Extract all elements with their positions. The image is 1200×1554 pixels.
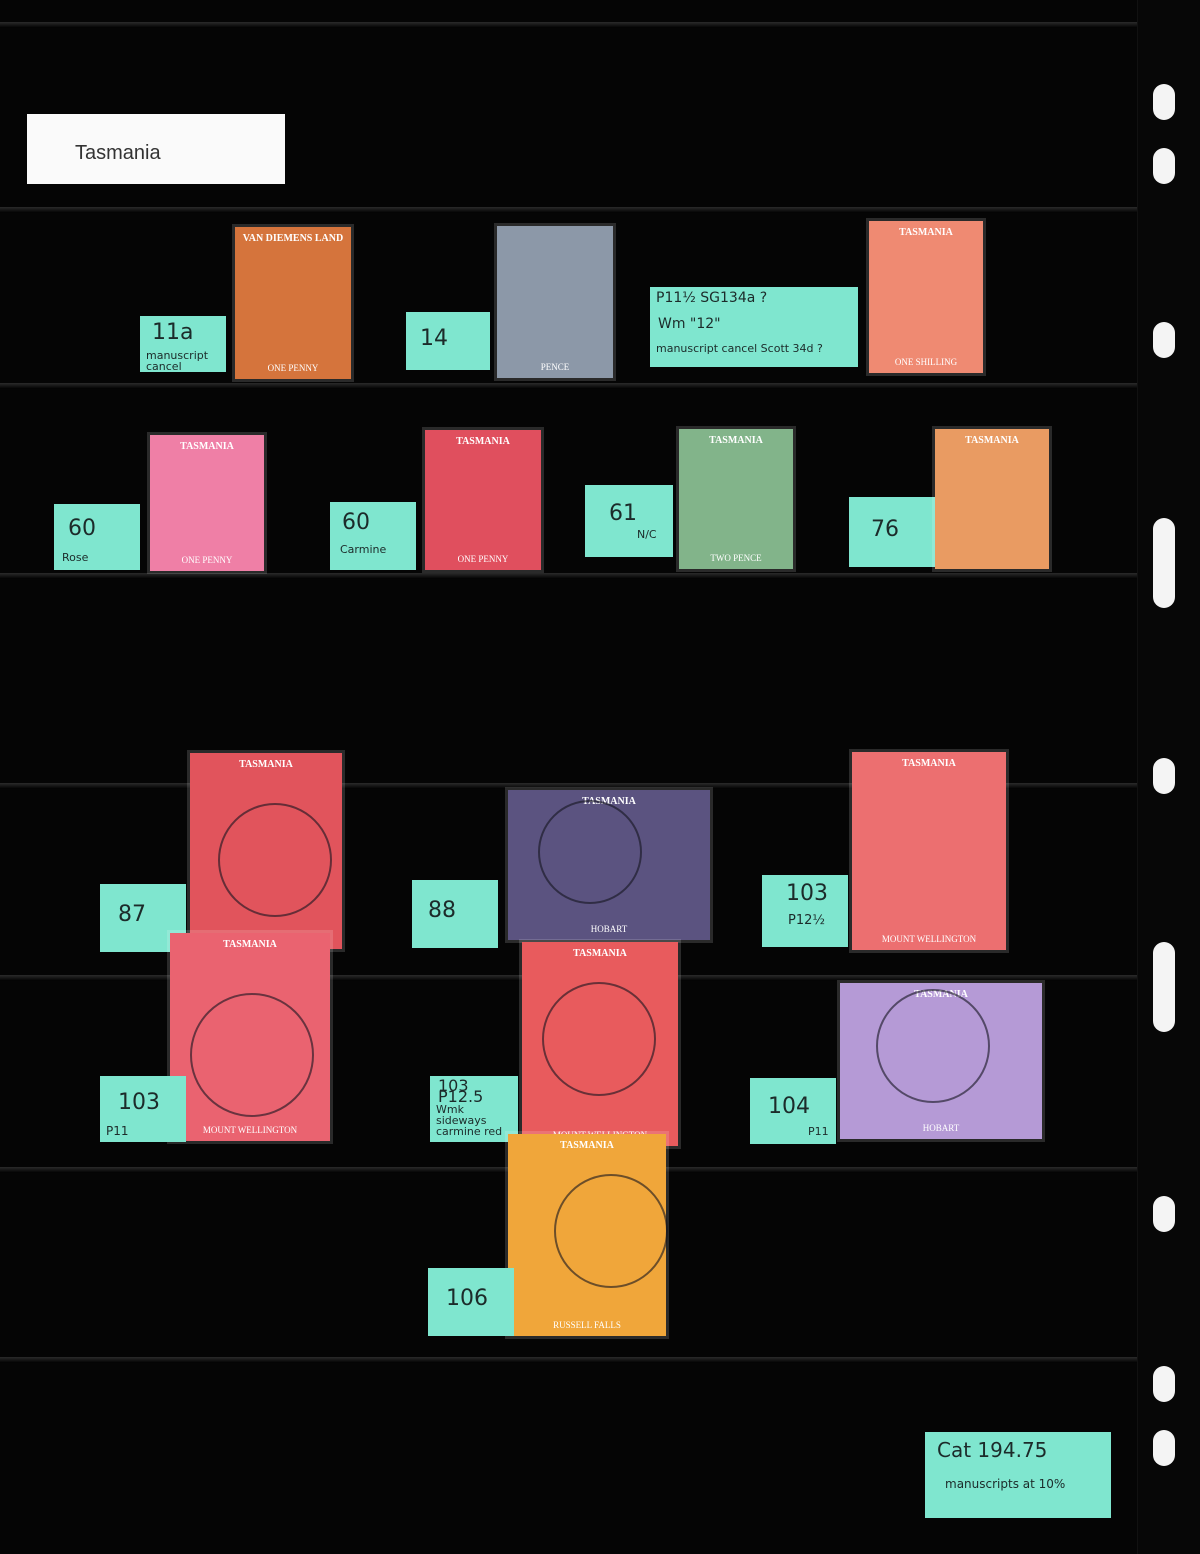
- binder-hole-icon: [1153, 84, 1175, 120]
- binder-hole-icon: [1153, 322, 1175, 358]
- stamp-61: TASMANIA TWO PENCE: [679, 429, 793, 569]
- stamp-103-p11: TASMANIA MOUNT WELLINGTON: [170, 933, 330, 1141]
- stamp-88: TASMANIA HOBART: [508, 790, 710, 940]
- album-strip: [0, 383, 1140, 389]
- binder-hole-icon: [1153, 1196, 1175, 1232]
- note-88: 88: [412, 880, 498, 948]
- album-strip: [0, 1357, 1140, 1363]
- stamp-34d: TASMANIA ONE SHILLING: [869, 221, 983, 373]
- binder-hole-icon: [1153, 518, 1175, 608]
- album-strip: [0, 22, 1140, 28]
- note-103-p12-5: 103 P12.5 Wmk sideways carmine red: [430, 1076, 518, 1142]
- stamp-14: PENCE: [497, 226, 613, 378]
- note-103-p12half: 103 P12½: [762, 875, 848, 947]
- binder-hole-icon: [1153, 148, 1175, 184]
- binder-hole-icon: [1153, 942, 1175, 1032]
- stamp-104: TASMANIA HOBART: [840, 983, 1042, 1139]
- album-strip: [0, 207, 1140, 213]
- note-60-carmine: 60 Carmine: [330, 502, 416, 570]
- note-11a: 11a manuscript cancel: [140, 316, 226, 372]
- stamp-60-carmine: TASMANIA ONE PENNY: [425, 430, 541, 570]
- summary-note: Cat 194.75 manuscripts at 10%: [925, 1432, 1111, 1518]
- page-title: Tasmania: [75, 142, 161, 165]
- binder-hole-icon: [1153, 1430, 1175, 1466]
- stamp-60-rose: TASMANIA ONE PENNY: [150, 435, 264, 571]
- page-title-label: Tasmania: [27, 114, 285, 184]
- note-14: 14: [406, 312, 490, 370]
- stamp-106: TASMANIA RUSSELL FALLS: [508, 1134, 666, 1336]
- note-34d: P11½ SG134a ? Wm "12" manuscript cancel …: [650, 287, 858, 367]
- note-104: 104 P11: [750, 1078, 836, 1144]
- note-106: 106: [428, 1268, 514, 1336]
- note-61: 61 N/C: [585, 485, 673, 557]
- stamp-11a: VAN DIEMENS LAND ONE PENNY: [235, 227, 351, 379]
- note-103-p11: 103 P11: [100, 1076, 186, 1142]
- stamp-103-p12-5: TASMANIA MOUNT WELLINGTON: [522, 942, 678, 1146]
- binder-hole-icon: [1153, 1366, 1175, 1402]
- album-strip: [0, 573, 1140, 579]
- stamp-76: TASMANIA: [935, 429, 1049, 569]
- binder-hole-icon: [1153, 758, 1175, 794]
- note-76: 76: [849, 497, 935, 567]
- stamp-103-p12half: TASMANIA MOUNT WELLINGTON: [852, 752, 1006, 950]
- note-60-rose: 60 Rose: [54, 504, 140, 570]
- stamp-87: TASMANIA 1d: [190, 753, 342, 949]
